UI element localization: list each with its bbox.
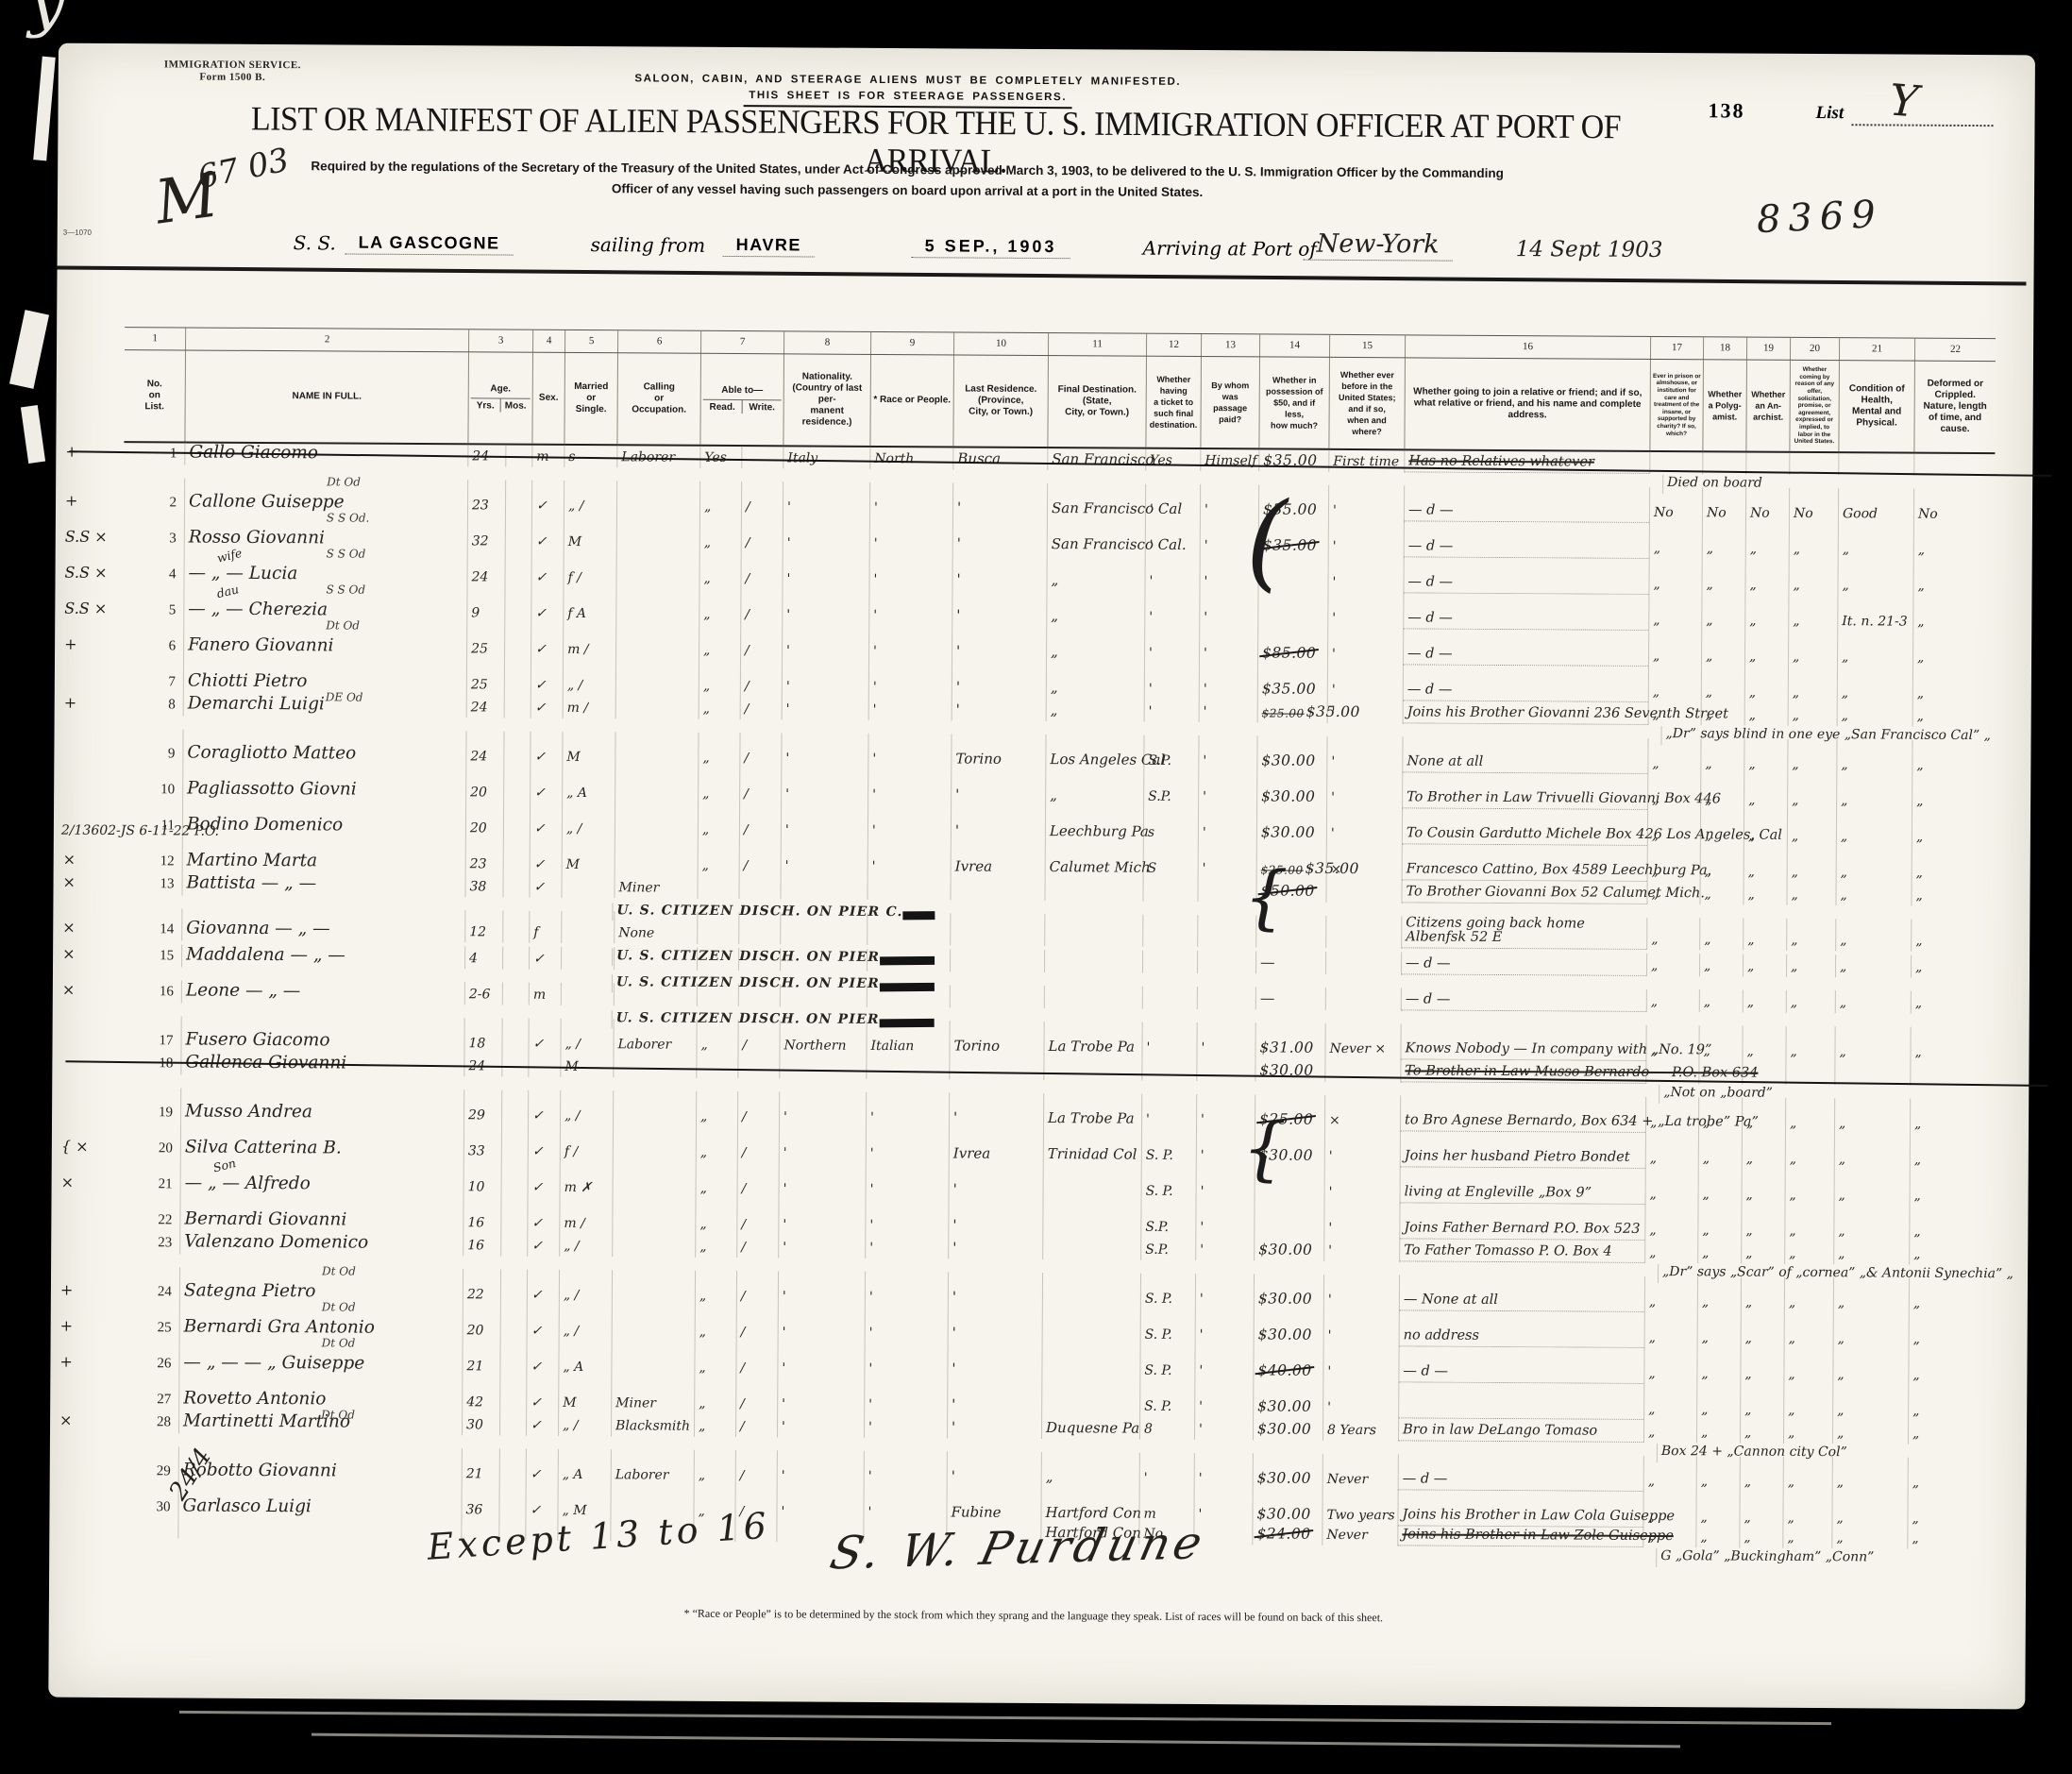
- col-occupation: Calling or Occupation.: [616, 353, 700, 445]
- cell-age-years: 20: [463, 1305, 500, 1341]
- cell-occupation: [615, 660, 699, 697]
- cell-prison: „: [1646, 882, 1699, 904]
- cell-paid-by: [1197, 987, 1255, 1009]
- cell-marital: „ /: [562, 803, 615, 839]
- vessel-prefix: S. S.: [294, 231, 336, 254]
- cell-money: ($35.00: [1258, 520, 1328, 556]
- cell-name: Maddalena — „ —: [181, 944, 464, 969]
- cell-destination: „: [1045, 770, 1143, 807]
- money-value: $31.00: [1259, 1039, 1313, 1056]
- cell-list-number: S.S ×4: [123, 549, 183, 585]
- cell-race: ': [866, 1164, 949, 1201]
- cell-destination: [1044, 950, 1142, 973]
- cell-prison: „: [1645, 1133, 1698, 1169]
- cell-anarchist: „: [1740, 1349, 1783, 1385]
- cell-destination: [1044, 986, 1142, 1009]
- cell-destination: La Trobe Pa: [1043, 1022, 1141, 1058]
- detained-annotation: DE Od: [326, 690, 363, 703]
- cell-age-months: [505, 516, 531, 552]
- margin-mark: S.S ×: [64, 600, 117, 617]
- margin-mark: ×: [61, 1174, 114, 1191]
- cell-read: „: [698, 733, 739, 769]
- cell-age-years: 9: [466, 587, 504, 623]
- col-anarchist: Whether an An- archist.: [1745, 361, 1790, 451]
- cell-occupation: [615, 588, 699, 625]
- cell-money: $30.00: [1256, 771, 1326, 807]
- cell-sex: ✓: [529, 875, 561, 898]
- relative-line: Joins Father Bernard P.O. Box 523: [1404, 1221, 1640, 1237]
- cell-health: „: [1834, 1026, 1910, 1062]
- cell-health: „: [1833, 1242, 1909, 1264]
- col-before-us: Whether ever before in the United States…: [1328, 358, 1405, 448]
- cell-relative: — d —: [1398, 1346, 1643, 1384]
- cell-before-us: ': [1327, 629, 1403, 665]
- cell-occupation: [615, 768, 698, 804]
- cell-residence: [950, 913, 1044, 946]
- detained-annotation: S S Od: [326, 583, 365, 596]
- cell-occupation: [612, 1306, 695, 1343]
- cell-residence: ': [947, 1343, 1041, 1380]
- cell-age-months: [499, 1342, 526, 1377]
- regulation-line1: Required by the regulations of the Secre…: [311, 159, 1504, 180]
- cell-labor: „: [1787, 775, 1836, 811]
- cell-before-us: 8 Years: [1322, 1418, 1398, 1441]
- money-value: $30.00: [1256, 1505, 1310, 1522]
- cell-destination: „: [1046, 699, 1144, 722]
- cell-before-us: ×: [1324, 1095, 1400, 1131]
- relative-lines: None at all: [1407, 754, 1483, 769]
- cell-residence: ': [952, 590, 1046, 627]
- cell-anarchist: „: [1739, 1493, 1782, 1529]
- sailing-port: HAVRE: [723, 235, 815, 258]
- cell-ticket: s: [1143, 807, 1198, 843]
- cell-health: [1838, 452, 1913, 475]
- cell-marital: [561, 947, 614, 970]
- cell-before-us: ×: [1326, 844, 1402, 880]
- cell-name: Valenzano Domenico: [179, 1231, 463, 1256]
- cell-polygamist: „: [1696, 1348, 1740, 1384]
- cell-marital: „ A: [562, 768, 615, 803]
- us-citizen-stamp: U. S. CITIZEN DISCH. ON PIER C.: [612, 903, 936, 922]
- cell-residence: ': [948, 1308, 1042, 1344]
- cell-health: „: [1836, 847, 1912, 883]
- cell-relative: no address: [1399, 1310, 1644, 1348]
- cell-destination: Calumet Mich: [1045, 842, 1143, 879]
- cell-age-years: 21: [462, 1341, 499, 1377]
- cell-labor: „: [1787, 811, 1836, 847]
- cell-anarchist: „: [1744, 560, 1788, 596]
- cell-health: „: [1836, 775, 1912, 811]
- cell-occupation: [615, 839, 698, 876]
- cell-nationality: ': [782, 697, 868, 720]
- cell-name: Son— „ — Alfredo: [180, 1159, 463, 1197]
- cell-sex: ✓: [531, 588, 563, 624]
- cell-prison: „: [1647, 846, 1700, 882]
- money-value: $30.00: [1261, 752, 1315, 769]
- cell-relative: To Brother in Law Trivuelli Giovanni Box…: [1402, 772, 1647, 810]
- col-able-label: Able to—: [721, 385, 763, 397]
- cell-read: „: [699, 661, 740, 697]
- cell-residence: ': [952, 518, 1047, 555]
- cell-name: Dt OdFanero Giovanni: [183, 621, 466, 659]
- cell-labor: „: [1784, 1242, 1833, 1264]
- cell-age-months: [504, 696, 531, 718]
- money-value: $35.00: [1263, 451, 1317, 468]
- cell-labor: „: [1783, 1349, 1832, 1385]
- cell-name: Dt OdCallone Guiseppe: [184, 478, 467, 515]
- cell-read: „: [695, 1271, 736, 1307]
- money-value: $30.00: [1258, 1241, 1312, 1258]
- cell-labor: „: [1785, 1170, 1834, 1206]
- cell-name: Giovanna — „ —: [181, 908, 464, 942]
- cell-money: $24.00: [1252, 1525, 1322, 1545]
- relative-lines: — d —: [1408, 539, 1454, 553]
- cell-race: ': [868, 769, 951, 806]
- cell-before-us: ': [1324, 1167, 1400, 1203]
- col-deformed: Deformed or Crippled. Nature, length of …: [1913, 362, 1996, 453]
- cell-destination: Duquesne Pa: [1041, 1416, 1139, 1440]
- cell-list-number: +26: [118, 1339, 178, 1375]
- cell-marital: M: [562, 839, 615, 875]
- cell-sex: ✓: [530, 803, 562, 839]
- cell-anarchist: „: [1742, 1026, 1785, 1062]
- cell-list-number: +25: [119, 1303, 179, 1339]
- cell-read: „: [698, 769, 739, 804]
- cell-money: $30.00: [1255, 1058, 1324, 1081]
- cell-prison: „: [1648, 559, 1701, 595]
- regulation-paragraph: Required by the regulations of the Secre…: [218, 156, 1596, 206]
- cell-sex: ✓: [530, 839, 562, 875]
- cell-age-months: [503, 768, 530, 803]
- relative-lines: Joins Father Bernard P.O. Box 523: [1404, 1221, 1640, 1237]
- cell-deformed: „: [1912, 668, 1994, 705]
- money-corrected: $25.00: [1262, 706, 1305, 719]
- cell-race: ': [868, 734, 951, 770]
- cell-money: $30.00: [1254, 1274, 1323, 1309]
- cell-residence: ': [951, 805, 1045, 842]
- cell-race: ': [864, 1379, 947, 1416]
- relative-lines: — d —: [1407, 611, 1453, 625]
- cell-ticket: S. P.: [1140, 1274, 1195, 1309]
- cell-read: „: [694, 1343, 735, 1378]
- cell-write: /: [740, 553, 782, 589]
- relative-lines: To Father Tomasso P. O. Box 4: [1404, 1243, 1612, 1259]
- cell-race: ': [868, 698, 952, 721]
- column-number: 7: [700, 331, 783, 355]
- cell-health: „: [1837, 632, 1912, 667]
- cell-labor: „: [1782, 1529, 1831, 1548]
- cell-relative: Joins his Brother in Law Zole Guiseppe: [1397, 1526, 1642, 1547]
- cell-nationality: ': [777, 1378, 864, 1415]
- cell-polygamist: „: [1701, 559, 1744, 595]
- cell-occupation: Blacksmith: [611, 1413, 694, 1437]
- cell-residence: ': [952, 626, 1046, 663]
- column-number: 2: [185, 328, 468, 352]
- cell-marital: „ /: [559, 1270, 612, 1306]
- cell-destination: „: [1046, 663, 1144, 700]
- cell-destination: [1044, 914, 1142, 947]
- cell-sex: ✓: [528, 1126, 560, 1162]
- cell-deformed: „: [1912, 633, 1994, 669]
- cell-deformed: „: [1911, 955, 1992, 979]
- cell-occupation: [615, 696, 699, 719]
- cell-read: „: [694, 1450, 735, 1486]
- cell-relative: Bro in law DeLango Tomaso: [1398, 1418, 1643, 1443]
- cell-ticket: ': [1144, 556, 1199, 592]
- cell-list-number: 27: [118, 1375, 178, 1411]
- relative-lines: — d —: [1403, 1472, 1448, 1486]
- list-underline: [1852, 124, 1994, 127]
- cell-anarchist: „: [1743, 919, 1786, 951]
- cell-prison: „: [1646, 918, 1699, 950]
- cell-polygamist: „: [1699, 882, 1743, 904]
- cell-prison: „: [1643, 1384, 1696, 1420]
- cell-write: /: [739, 733, 781, 769]
- cell-paid-by: ': [1198, 735, 1256, 771]
- manifest-number: 8369: [1756, 193, 1884, 242]
- margin-mark: { ×: [61, 1138, 114, 1156]
- cell-marital: m /: [559, 1198, 612, 1234]
- cell-write: /: [735, 1343, 777, 1378]
- cell-name: Garlasco Luigi: [177, 1482, 461, 1520]
- cell-money: $30.00: [1254, 1309, 1323, 1345]
- cell-ticket: Yes: [1145, 448, 1200, 471]
- cell-labor: „: [1784, 1313, 1833, 1349]
- cell-sex: ✓: [527, 1198, 559, 1234]
- cell-relative: Citizens going back homeAlbenfsk 52 E: [1401, 916, 1646, 950]
- cell-labor: [1789, 452, 1838, 475]
- column-number: 18: [1703, 337, 1746, 360]
- cell-before-us: [1325, 916, 1401, 948]
- money-value: $30.00: [1261, 787, 1315, 804]
- cell-destination: [1042, 1201, 1140, 1238]
- cell-polygamist: „: [1701, 702, 1744, 725]
- cell-sex: m: [529, 983, 561, 1005]
- cell-relative: To Father Tomasso P. O. Box 4: [1399, 1239, 1644, 1263]
- cell-relative: To Brother in Law Musso Bernardo — P.O. …: [1400, 1059, 1645, 1084]
- cell-name: Fusero Giacomo: [180, 1016, 463, 1054]
- margin-mark: +: [60, 1317, 113, 1335]
- cell-deformed: „: [1912, 561, 1994, 598]
- cell-relative: Francesco Cattino, Box 4589 Leechburg Pa…: [1402, 844, 1647, 882]
- relative-lines: Joins her husband Pietro Bondet: [1405, 1149, 1630, 1164]
- cell-polygamist: „: [1697, 1241, 1741, 1263]
- cell-marital: [561, 875, 614, 898]
- cell-before-us: ': [1327, 593, 1403, 629]
- money-value: $30.00: [1257, 1397, 1311, 1414]
- cell-before-us: ': [1322, 1382, 1398, 1418]
- cell-ticket: S. P.: [1139, 1345, 1194, 1381]
- inspector-side-note: G „Gola” „Buckingham” „Conn”: [1656, 1548, 2033, 1569]
- relative-line: Joins his Brother in Law Zole Guiseppe: [1402, 1528, 1674, 1544]
- col-race: * Race or People.: [869, 355, 953, 447]
- column-number: 4: [532, 330, 564, 353]
- relative-lines: — d —: [1403, 1364, 1448, 1378]
- cell-write: /: [741, 517, 783, 553]
- cell-sex: m: [531, 445, 564, 467]
- cell-write: /: [740, 625, 782, 661]
- column-number: 8: [783, 331, 870, 355]
- col-relative: Whether going to join a relative or frie…: [1404, 358, 1650, 450]
- page-number: 138: [1709, 98, 1745, 123]
- cell-nationality: Italy: [783, 446, 869, 469]
- cell-age-years: 16: [463, 1233, 500, 1256]
- detained-annotation: Dt Od: [322, 1300, 356, 1313]
- cell-nationality: ': [776, 1486, 863, 1523]
- cell-age-months: [500, 1234, 527, 1257]
- cell-nationality: ': [781, 733, 868, 769]
- cell-sex: ✓: [527, 1306, 559, 1342]
- cell-nationality: [780, 876, 867, 900]
- cell-destination: [1043, 1165, 1141, 1202]
- relative-lines: Joins his Brother in Law Zole Guiseppe: [1402, 1528, 1674, 1544]
- cell-sex: ✓: [528, 1090, 560, 1126]
- cell-nationality: [779, 1056, 866, 1079]
- col-age-label: Age.: [490, 383, 511, 395]
- cell-write: [741, 446, 783, 468]
- relative-line: — d —: [1408, 539, 1454, 553]
- cell-relative: To Cousin Gardutto Michele Box 426 Los A…: [1402, 808, 1647, 846]
- cell-age-years: 24: [465, 731, 503, 767]
- cell-age-months: [502, 911, 529, 943]
- column-number: 3: [468, 329, 532, 352]
- cell-polygamist: „: [1696, 1384, 1740, 1420]
- cell-relative: — d —: [1403, 557, 1648, 595]
- cell-list-number: +8: [123, 693, 183, 716]
- col-sex: Sex.: [531, 353, 564, 444]
- col-name: NAME IN FULL.: [184, 350, 468, 443]
- relative-line: — d —: [1403, 1364, 1448, 1378]
- cell-paid-by: ': [1195, 1202, 1254, 1238]
- margin-mark: +: [65, 443, 118, 461]
- cell-labor: „: [1786, 883, 1835, 905]
- scan-edge-mark: y: [28, 0, 66, 40]
- cell-marital: „ /: [559, 1234, 612, 1257]
- cell-money: $31.00: [1255, 1022, 1324, 1058]
- relative-lines: living at Engleville „Box 9”: [1405, 1185, 1592, 1200]
- cell-race: ': [864, 1415, 947, 1439]
- cell-relative: — d —: [1404, 485, 1649, 523]
- cell-age-years: 23: [465, 838, 503, 874]
- cell-relative: — d —: [1398, 1454, 1643, 1492]
- cell-nationality: ': [777, 1450, 864, 1487]
- cell-read: Yes: [699, 446, 741, 468]
- cell-anarchist: „: [1745, 524, 1789, 560]
- cell-money: $85.00: [1257, 628, 1327, 664]
- cell-ticket: ': [1145, 520, 1200, 556]
- cell-age-years: 38: [464, 874, 502, 897]
- cell-write: /: [737, 1091, 779, 1127]
- cell-polygamist: „: [1700, 774, 1744, 810]
- cell-health: „: [1832, 1421, 1908, 1444]
- cell-race: ': [866, 1092, 949, 1129]
- cell-deformed: „: [1909, 1242, 1990, 1266]
- cell-anarchist: „: [1744, 775, 1787, 811]
- cell-destination: „: [1046, 627, 1144, 664]
- relative-line2: Albenfsk 52 E: [1406, 930, 1585, 945]
- arrival-date: 14 Sept 1903: [1516, 237, 1663, 262]
- cell-name: Leone — „ —: [181, 980, 464, 1005]
- cell-sex: ✓: [526, 1449, 558, 1485]
- cell-polygamist: „: [1698, 1133, 1742, 1169]
- cell-name: Gallo Giacomo: [184, 442, 467, 466]
- cell-destination: [1041, 1380, 1139, 1417]
- cell-polygamist: „: [1699, 918, 1743, 950]
- cell-polygamist: „: [1697, 1312, 1741, 1348]
- cell-labor: [1785, 1062, 1834, 1085]
- cell-nationality: ': [777, 1414, 864, 1438]
- cell-deformed: „: [1912, 848, 1993, 885]
- cell-list-number: 29: [118, 1446, 178, 1482]
- cell-name: Musso Andrea: [180, 1088, 463, 1125]
- cell-age-months: [501, 1126, 528, 1162]
- cell-before-us: [1325, 952, 1401, 974]
- cell-occupation: Laborer: [611, 1449, 694, 1486]
- us-citizen-stamp: U. S. CITIZEN DISCH. ON PIER: [612, 974, 936, 994]
- us-citizen-stamp: U. S. CITIZEN DISCH. ON PIER: [612, 1010, 936, 1030]
- cell-anarchist: „: [1740, 1421, 1783, 1444]
- cell-health: „: [1838, 524, 1913, 560]
- cell-race: ': [869, 482, 952, 519]
- cell-nationality: ': [779, 1091, 866, 1128]
- money-value: $30.00: [1257, 1469, 1311, 1486]
- grouping-brace: {: [1242, 1113, 1288, 1183]
- cell-deformed: „: [1907, 1529, 1988, 1550]
- cell-occupation: [615, 624, 699, 661]
- cell-anarchist: „: [1744, 596, 1788, 632]
- cell-age-years: 33: [463, 1125, 501, 1161]
- cell-ticket: S: [1143, 843, 1198, 879]
- margin-mark: +: [64, 694, 117, 712]
- cell-race: [867, 877, 950, 901]
- cell-ticket: ': [1141, 1022, 1196, 1058]
- cell-money: $30.00: [1254, 1238, 1323, 1260]
- cell-race: ': [868, 662, 952, 699]
- cell-paid-by: ': [1195, 1238, 1254, 1260]
- cell-age-months: [500, 1306, 527, 1342]
- inspector-side-note: „Dr” says blind in one eye „San Francisc…: [1660, 726, 2038, 747]
- cell-deformed: [1913, 453, 1995, 477]
- detained-annotation: Dt Od: [321, 1408, 355, 1421]
- cell-write: /: [736, 1235, 778, 1258]
- cell-health: „: [1831, 1529, 1907, 1548]
- cell-race: North: [869, 447, 952, 470]
- column-number: 6: [617, 330, 700, 354]
- margin-mark: S.S ×: [65, 528, 118, 546]
- cell-marital: f A: [563, 588, 615, 624]
- detained-annotation: S S Od.: [327, 511, 369, 524]
- cell-sex: ✓: [529, 947, 561, 970]
- cell-marital: f /: [563, 552, 615, 588]
- cell-labor: „: [1788, 596, 1837, 632]
- cell-relative: — None at all: [1399, 1275, 1644, 1312]
- column-number: 13: [1201, 334, 1259, 357]
- cell-money: {$50.00: [1255, 879, 1325, 902]
- cell-prison: „: [1643, 1420, 1696, 1443]
- col-no: No. on List.: [124, 350, 185, 441]
- cell-age-years: 2-6: [464, 982, 502, 1005]
- cell-list-number: ×14: [121, 908, 181, 940]
- cell-destination: [1044, 878, 1142, 902]
- cell-paid-by: ': [1194, 1381, 1253, 1417]
- cell-race: ': [865, 1308, 948, 1344]
- cell-paid-by: ': [1199, 700, 1257, 722]
- cell-age-months: [504, 624, 531, 660]
- cell-write: /: [735, 1414, 777, 1437]
- cell-deformed: „: [1910, 1027, 1991, 1064]
- cell-race: ': [863, 1487, 946, 1524]
- col-health: Condition of Health, Mental and Physical…: [1838, 361, 1914, 451]
